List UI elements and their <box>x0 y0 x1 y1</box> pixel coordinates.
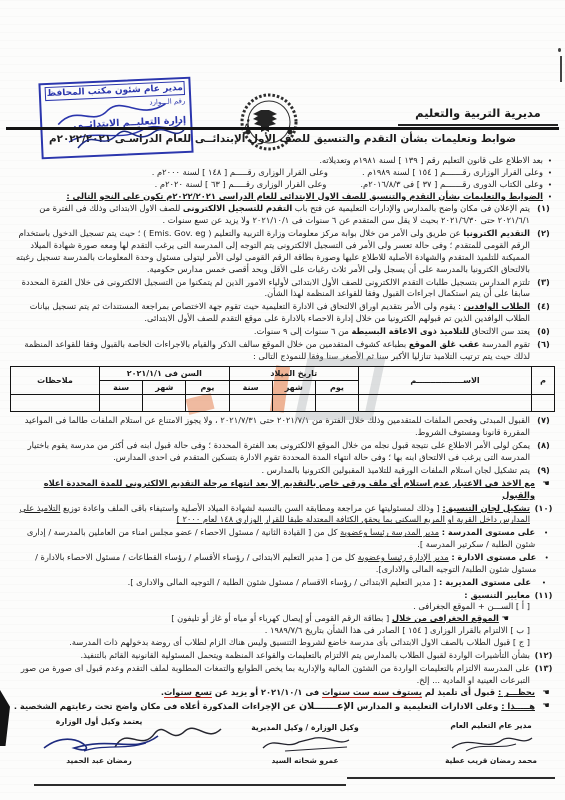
preamble-item: • بعد الاطلاع على قانون التعليم رقم [ ١٣… <box>8 155 557 167</box>
preamble-text: وعلى القرار الوزارى رقـــــم [ ١٤٨ ] لسن… <box>152 167 328 179</box>
item-text: على المدرسة الالتزام بالتعليمات الواردة … <box>8 663 530 687</box>
document-body: • بعد الاطلاع على قانون التعليم رقم [ ١٣… <box>8 155 557 800</box>
item-11: (١١) معايير التنسيق : <box>8 590 557 602</box>
item-number: (٧) <box>530 415 557 427</box>
item-7: (٧) القبول المبدئى وفحص الملفات للمتقدمي… <box>8 415 557 439</box>
final-note: ☚ هـــــذا : وعلى الادارات التعليمية و ا… <box>8 700 557 714</box>
signature-title: وكيل الوزارة / وكيل المديرية <box>239 723 371 734</box>
ban-note: ☚ يحظـــر : قبول أى تلميذ لم يستوف سنه س… <box>8 687 557 699</box>
level-text: على مستوى المديرية : [ مدير التعليم الاب… <box>128 577 531 589</box>
signature-block-first-undersecretary: يعتمد وكيل أول الوزارة رمضان عبد الحميد <box>24 717 174 766</box>
item-number: (١) <box>530 203 557 215</box>
preamble-text: بعد الاطلاع على قانون التعليم رقم [ ١٣٩ … <box>319 155 543 167</box>
item-number: (٥) <box>530 326 557 338</box>
col-notes: ملاحظات <box>11 366 100 395</box>
item-12: (١٢) بشأن التأشيرات الواردة لقبول الطلاب… <box>8 650 557 662</box>
pointing-hand-icon: ☚ <box>535 700 557 714</box>
signature-title: مدير عام التعليم العام <box>431 721 551 732</box>
item-number: (١٢) <box>530 650 557 662</box>
item-1: (١) يتم الإعلان فى مكان واضح بالمدارس وا… <box>8 203 557 227</box>
committee-level-administration: • على مستوى الادارة : مدير الإدارة رئيسا… <box>8 552 557 576</box>
item-text: يتم تشكيل لجان استلام الملفات الورقية لل… <box>8 465 530 477</box>
bullet-icon: • <box>531 577 557 589</box>
criteria-a: [ أ ] الســـن + الموقع الجغرافى . <box>8 601 530 613</box>
col-birthdate: تاريخ الميلاد <box>229 366 358 380</box>
scan-mark-tick <box>560 56 562 82</box>
signature-name: عمرو شحاته السيد <box>239 756 371 767</box>
item-text: يتم الإعلان فى مكان واضح بالمدارس والإدا… <box>8 203 530 227</box>
note-after-item-9: ☚ مع الاخذ فى الاعتبار عدم استلام أى ملف… <box>8 478 557 502</box>
final-text: هـــــذا : وعلى الادارات التعليمية و الم… <box>14 700 535 714</box>
bullet-icon: • <box>536 552 557 576</box>
signature-name: رمضان عبد الحميد <box>24 756 174 767</box>
item-8: (٨) يمكن لولى الأمر الاطلاع على نتيجة قب… <box>8 440 557 464</box>
col-age-year: سنة <box>100 381 143 395</box>
col-serial: م <box>532 366 555 395</box>
bullet-icon: • <box>543 179 557 190</box>
item-number: (٣) <box>530 277 557 289</box>
bullet-icon: • <box>543 155 557 166</box>
preamble-text: وعلى الكتاب الدورى رقـــــــم [ ٣٧ ] فى … <box>360 179 543 191</box>
item-5: (٥) يعتد سن الالتحاق للتلاميذ ذوى الاعاق… <box>8 326 557 338</box>
preamble-text: وعلى القرار الوزارى رقـــــم [ ٦٣ ] لسنة… <box>155 179 327 191</box>
preamble-text: الضوابط والتعليمات بشأن التقدم والتنسيق … <box>66 191 543 203</box>
col-birth-day: يوم <box>315 381 358 395</box>
note-text: مع الاخذ فى الاعتبار عدم استلام أى ملف و… <box>8 478 535 502</box>
item-number: (٦) <box>530 339 557 351</box>
bullet-icon: • <box>535 527 557 551</box>
preamble-text: وعلى القرار الوزارى رقـــــــم [ ١٥٤ ] ل… <box>362 167 543 179</box>
applicants-table: م الاســـــــــــــــــم تاريخ الميلاد ا… <box>10 366 555 413</box>
bullet-icon: • <box>543 167 557 178</box>
pointing-hand-icon: ☚ <box>535 687 557 699</box>
item-text: تشكيل لجان التنسيق: [ وذلك لمسئوليتها عن… <box>8 503 530 527</box>
committee-level-directorate: • على مستوى المديرية : [ مدير التعليم ال… <box>8 577 557 589</box>
item-number: (١٠) <box>530 503 557 515</box>
criteria-a-note: ☚ الموقع الجغرافى من خلال [ بطاقة الرقم … <box>8 613 509 625</box>
item-2: (٢) التقديم الكترونيا عن طريق ولى الأمر … <box>8 228 557 275</box>
item-text: تقوم المدرسة عقب غلق الموقع بطباعة كشوف … <box>8 339 530 363</box>
item-number: (١٣) <box>530 663 557 675</box>
level-text: على مستوى المدرسة : مدير المدرسة رئيسا و… <box>8 527 535 551</box>
directorate-title: مديرية التربية والتعليم <box>398 106 558 126</box>
bullet-icon: • <box>543 191 557 202</box>
item-text: الطلاب الوافدين : يقوم ولى الأمر بتقديم … <box>8 301 530 325</box>
criteria-c: [ ج ] قبول الطلاب بالصف الاول الابتدائى … <box>8 637 530 649</box>
item-text: يمكن لولى الأمر الاطلاع على نتيجة قبول ن… <box>8 440 530 464</box>
scan-mark <box>558 48 561 52</box>
col-age-day: يوم <box>186 381 229 395</box>
col-name: الاســـــــــــــــــم <box>359 366 532 395</box>
item-3: (٣) تلتزم المدارس بتسجيل طلبات التقدم ال… <box>8 277 557 301</box>
col-birth-month: شهر <box>272 381 315 395</box>
preamble-item: • وعلى الكتاب الدورى رقـــــــم [ ٣٧ ] ف… <box>8 179 557 191</box>
pointing-hand-icon: ☚ <box>502 613 509 623</box>
item-text: بشأن التأشيرات الواردة لقبول الطلاب بالم… <box>8 650 530 662</box>
item-number: (٤) <box>530 301 557 313</box>
signature-section: مدير عام التعليم العام محمد رمضان قريب ع… <box>8 717 557 800</box>
signature-scribble <box>34 728 164 754</box>
preamble-item: • الضوابط والتعليمات بشأن التقدم والتنسي… <box>8 191 557 203</box>
col-age: السن فى ٢٠٢١/١/١ <box>100 366 230 380</box>
signature-scribble <box>446 732 536 754</box>
item-text: معايير التنسيق : <box>8 590 530 602</box>
item-number: (٨) <box>530 440 557 452</box>
col-birth-year: سنة <box>229 381 272 395</box>
item-text: التقديم الكترونيا عن طريق ولى الأمر من خ… <box>8 228 530 275</box>
signature-name: محمد رمضان قريب عطية <box>431 756 551 767</box>
empty-table-row <box>11 395 555 412</box>
criteria-b: [ ب ] الالتزام بالقرار الوزارى [ ١٥٤ ] ا… <box>8 625 530 637</box>
signature-block-general-education-director: مدير عام التعليم العام محمد رمضان قريب ع… <box>431 721 551 766</box>
item-number: (١١) <box>530 590 557 602</box>
committee-level-school: • على مستوى المدرسة : مدير المدرسة رئيسا… <box>8 527 557 551</box>
item-13: (١٣) على المدرسة الالتزام بالتعليمات الو… <box>8 663 557 687</box>
item-10: (١٠) تشكيل لجان التنسيق: [ وذلك لمسئوليت… <box>8 503 557 527</box>
item-number: (٢) <box>530 228 557 240</box>
col-age-month: شهر <box>143 381 186 395</box>
item-text: تلتزم المدارس بتسجيل طلبات التقدم الالكت… <box>8 277 530 301</box>
signature-underline <box>347 777 555 779</box>
table-wrapper: م الاســـــــــــــــــم تاريخ الميلاد ا… <box>10 366 555 413</box>
level-text: على مستوى الادارة : مدير الإدارة رئيسا و… <box>8 552 536 576</box>
signature-title: يعتمد وكيل أول الوزارة <box>24 717 174 728</box>
signature-underline <box>34 784 346 786</box>
signature-scribble <box>255 734 355 754</box>
item-number: (٩) <box>530 465 557 477</box>
item-text: يعتد سن الالتحاق للتلاميذ ذوى الاعاقة ال… <box>8 326 530 338</box>
office-stamp: مدير عام شئون مكتب المحافظ رقم الـــوارد… <box>38 77 193 160</box>
pointing-hand-icon: ☚ <box>535 478 557 502</box>
signature-block-deputy-minister: وكيل الوزارة / وكيل المديرية عمرو شحاته … <box>239 723 371 766</box>
preamble-item: • وعلى القرار الوزارى رقـــــــم [ ١٥٤ ]… <box>8 167 557 179</box>
ban-text: يحظـــر : قبول أى تلميذ لم يستوف سنه ست … <box>161 687 535 699</box>
item-6: (٦) تقوم المدرسة عقب غلق الموقع بطباعة ك… <box>8 339 557 363</box>
item-9: (٩) يتم تشكيل لجان استلام الملفات الورقي… <box>8 465 557 477</box>
item-4: (٤) الطلاب الوافدين : يقوم ولى الأمر بتق… <box>8 301 557 325</box>
document-title: ضوابط وتعليمات بشأن التقدم والتنسيق للصف… <box>6 127 559 145</box>
item-text: القبول المبدئى وفحص الملفات للمتقدمين وذ… <box>8 415 530 439</box>
